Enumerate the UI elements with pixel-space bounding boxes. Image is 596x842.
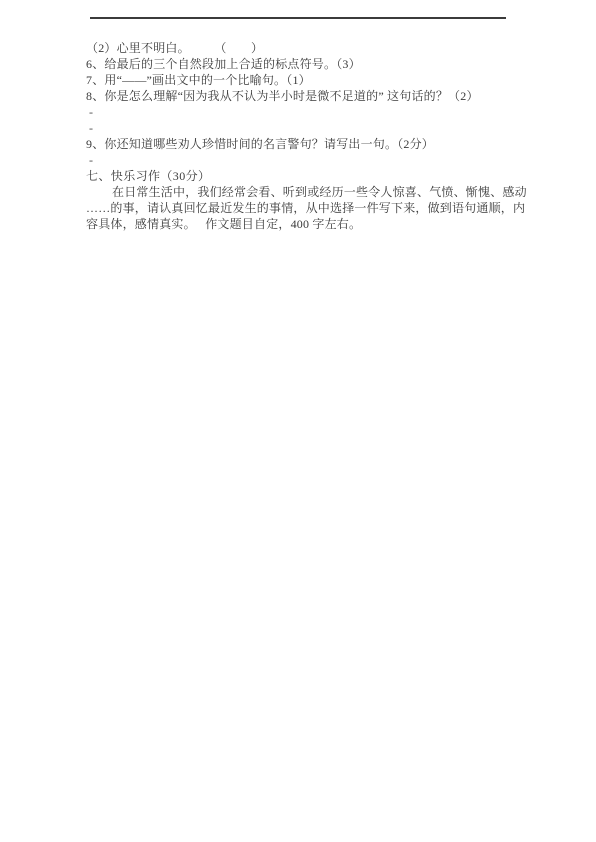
- exam-paper-page: （2）心里不明白。 （ ）6、给最后的三个自然段加上合适的标点符号。（3）7、用…: [0, 0, 596, 842]
- top-rule: [90, 17, 506, 19]
- question-line: 6、给最后的三个自然段加上合适的标点符号。（3）: [86, 56, 546, 72]
- document-content: （2）心里不明白。 （ ）6、给最后的三个自然段加上合适的标点符号。（3）7、用…: [86, 40, 546, 232]
- paragraph-line: 在日常生活中，我们经常会看、听到或经历一些令人惊喜、气愤、惭愧、感动: [86, 184, 546, 200]
- answer-dash: -: [86, 152, 546, 168]
- question-line: 9、你还知道哪些劝人珍惜时间的名言警句？请写出一句。（2分）: [86, 136, 546, 152]
- question-line: （2）心里不明白。 （ ）: [86, 40, 546, 56]
- paragraph-line: ……的事，请认真回忆最近发生的事情，从中选择一件写下来，做到语句通顺，内: [86, 200, 546, 216]
- question-line: 7、用“——”画出文中的一个比喻句。（1）: [86, 72, 546, 88]
- question-line: 8、你是怎么理解“因为我从不认为半小时是微不足道的” 这句话的？（2）: [86, 88, 546, 104]
- answer-dash: -: [86, 104, 546, 120]
- answer-dash: -: [86, 120, 546, 136]
- paragraph-line: 容具体，感情真实。 作文题目自定，400 字左右。: [86, 216, 546, 232]
- section-heading: 七、快乐习作（30分）: [86, 168, 546, 184]
